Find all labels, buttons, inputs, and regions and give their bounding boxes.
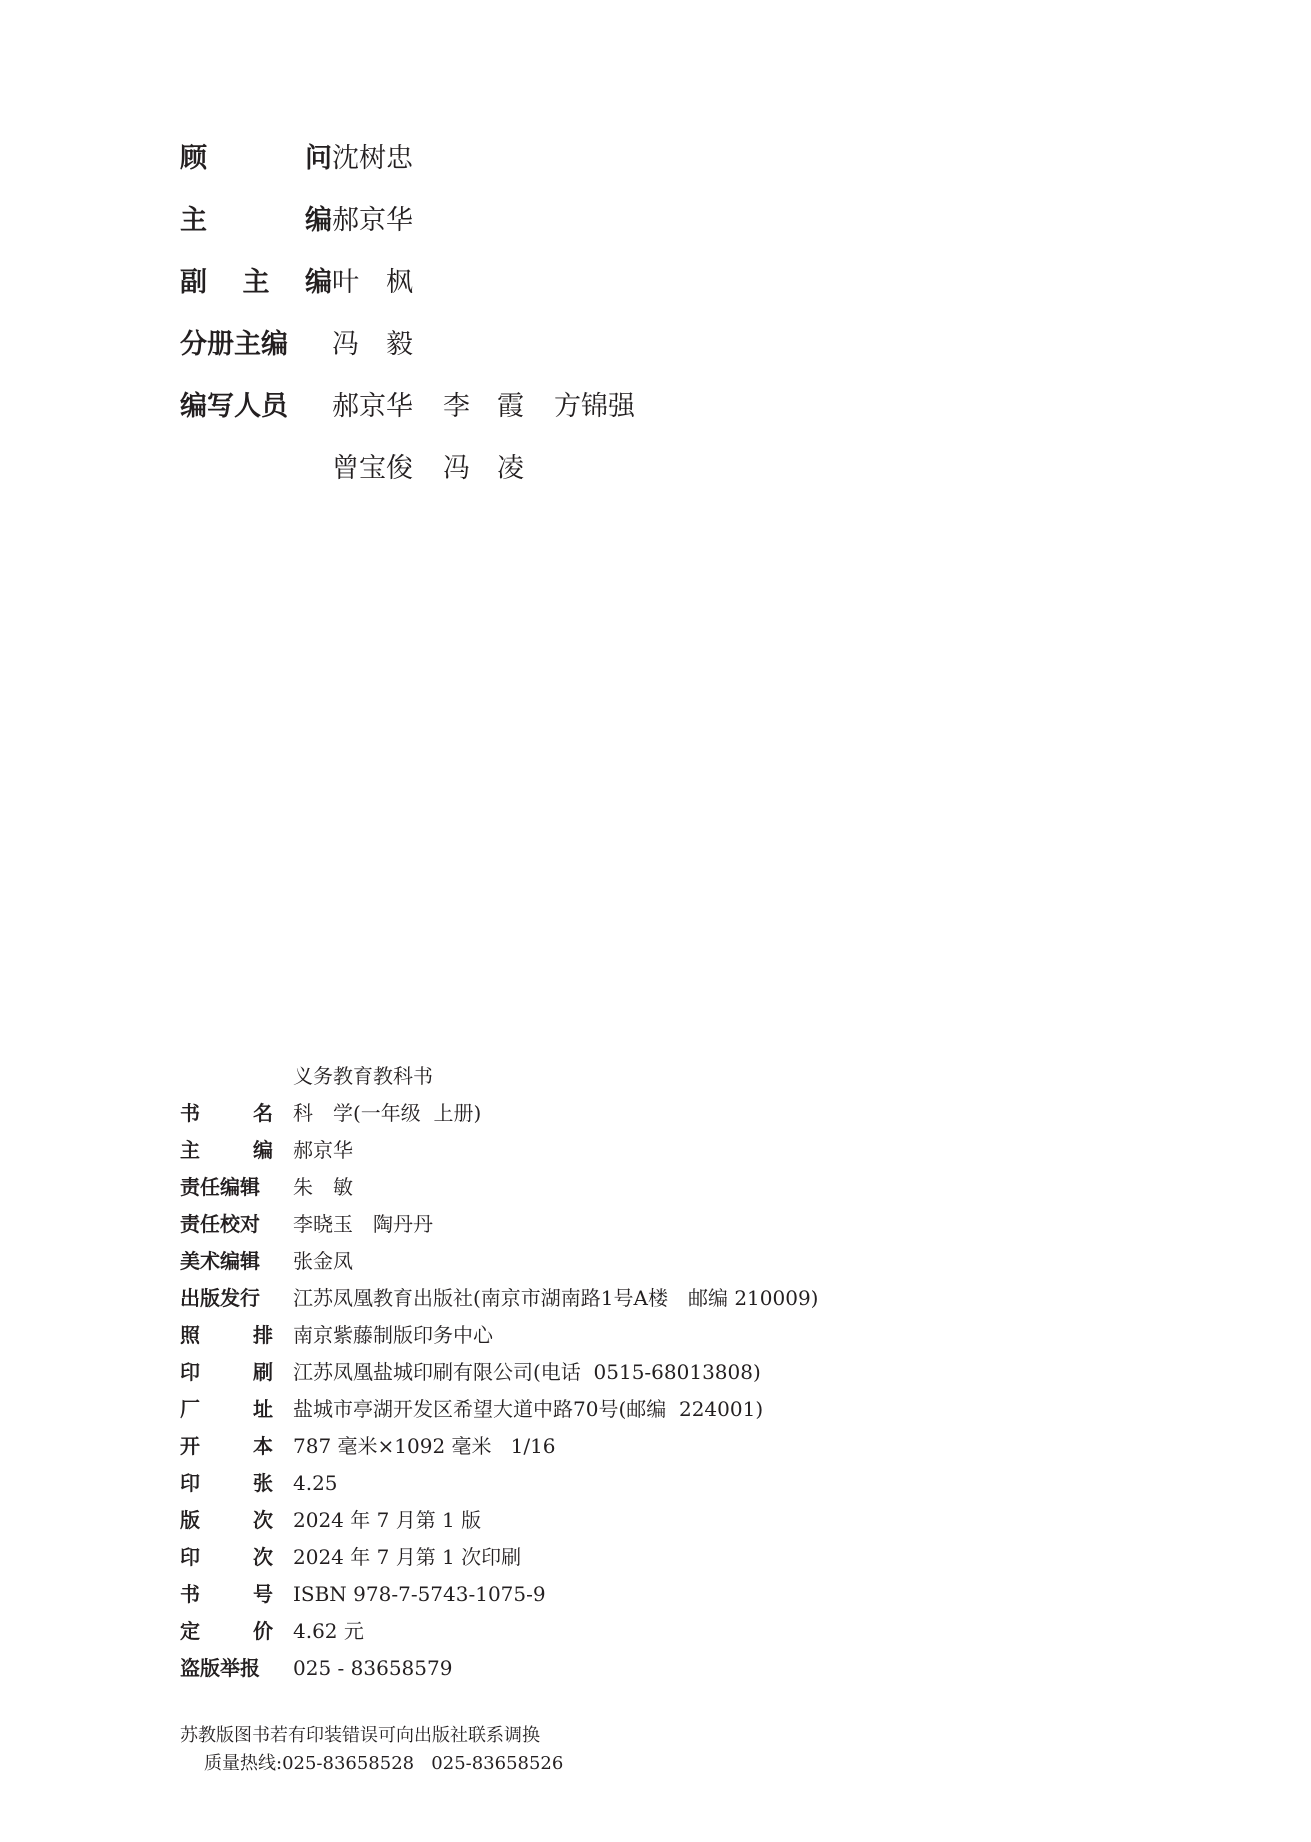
colophon-value: 江苏凤凰教育出版社(南京市湖南路1号A楼 邮编 210009)	[293, 1280, 818, 1317]
colophon-label-text: 责任校对	[180, 1206, 260, 1243]
credit-row: 曾宝俊冯 凌	[180, 434, 635, 496]
credit-label: 分册主编	[180, 322, 332, 361]
credit-row: 编写人员郝京华李 霞方锦强	[180, 372, 635, 434]
colophon-value: 025 - 83658579	[293, 1650, 452, 1687]
quality-notice: 苏教版图书若有印装错误可向出版社联系调换 质量热线:025-83658528 0…	[180, 1722, 563, 1778]
colophon-label-text: 出版发行	[180, 1280, 260, 1317]
colophon-label: 书号	[180, 1576, 273, 1613]
colophon-label: 主编	[180, 1132, 273, 1169]
colophon-row: 责任校对李晓玉 陶丹丹	[180, 1206, 818, 1243]
credit-name: 曾宝俊	[332, 446, 413, 485]
credit-label-text: 编写人员	[180, 384, 288, 423]
colophon-label: 印次	[180, 1539, 273, 1576]
colophon-label: 盗版举报	[180, 1650, 273, 1687]
colophon-row: 印张4.25	[180, 1465, 818, 1502]
credit-label-text: 分册主编	[180, 322, 288, 361]
credit-label-text: 问	[305, 136, 332, 175]
colophon-value: 盐城市亭湖开发区希望大道中路70号(邮编 224001)	[293, 1391, 763, 1428]
credit-name: 方锦强	[554, 384, 635, 423]
colophon-label: 印张	[180, 1465, 273, 1502]
colophon-label: 照排	[180, 1317, 273, 1354]
colophon-value: ISBN 978-7-5743-1075-9	[293, 1576, 546, 1613]
credit-label-text: 顾	[180, 136, 207, 175]
credit-row: 分册主编冯 毅	[180, 310, 635, 372]
series-title: 义务教育教科书	[180, 1058, 818, 1095]
colophon-row: 美术编辑张金凤	[180, 1243, 818, 1280]
colophon-label-text: 刷	[253, 1354, 273, 1391]
colophon-label-text: 印	[180, 1539, 200, 1576]
credit-label-text: 编	[305, 260, 332, 299]
colophon-label-text: 版	[180, 1502, 200, 1539]
colophon-block: 义务教育教科书 书名科 学(一年级 上册)主编郝京华责任编辑朱 敏责任校对李晓玉…	[180, 1058, 818, 1687]
colophon-label: 印刷	[180, 1354, 273, 1391]
credit-values: 郝京华	[332, 198, 413, 237]
colophon-row: 书号ISBN 978-7-5743-1075-9	[180, 1576, 818, 1613]
colophon-label-text: 张	[253, 1465, 273, 1502]
colophon-value: 2024 年 7 月第 1 版	[293, 1502, 481, 1539]
colophon-value: 2024 年 7 月第 1 次印刷	[293, 1539, 521, 1576]
colophon-label-text: 排	[253, 1317, 273, 1354]
colophon-label-text: 美术编辑	[180, 1243, 260, 1280]
colophon-row: 主编郝京华	[180, 1132, 818, 1169]
colophon-label-text: 责任编辑	[180, 1169, 260, 1206]
colophon-value: 郝京华	[293, 1132, 353, 1169]
colophon-label-text: 盗版举报	[180, 1650, 260, 1687]
credit-name: 郝京华	[332, 384, 413, 423]
credit-name: 叶 枫	[332, 260, 413, 299]
colophon-label-text: 厂	[180, 1391, 200, 1428]
credit-row: 副主编叶 枫	[180, 248, 635, 310]
credit-values: 曾宝俊冯 凌	[332, 446, 524, 485]
credit-name: 郝京华	[332, 198, 413, 237]
colophon-value: 南京紫藤制版印务中心	[293, 1317, 493, 1354]
credit-values: 沈树忠	[332, 136, 413, 175]
colophon-label: 责任编辑	[180, 1169, 273, 1206]
credit-label-text: 主	[180, 198, 207, 237]
colophon-row: 责任编辑朱 敏	[180, 1169, 818, 1206]
colophon-value: 张金凤	[293, 1243, 353, 1280]
colophon-row: 定价4.62 元	[180, 1613, 818, 1650]
credit-values: 冯 毅	[332, 322, 413, 361]
colophon-row: 开本787 毫米×1092 毫米 1/16	[180, 1428, 818, 1465]
credit-row: 顾问沈树忠	[180, 124, 635, 186]
credit-label: 主编	[180, 198, 332, 237]
colophon-row: 照排南京紫藤制版印务中心	[180, 1317, 818, 1354]
colophon-label-text: 价	[253, 1613, 273, 1650]
credit-values: 叶 枫	[332, 260, 413, 299]
colophon-label-text: 书	[180, 1095, 200, 1132]
credit-label-text: 编	[305, 198, 332, 237]
notice-line: 苏教版图书若有印装错误可向出版社联系调换	[180, 1722, 563, 1750]
colophon-row: 厂址盐城市亭湖开发区希望大道中路70号(邮编 224001)	[180, 1391, 818, 1428]
colophon-label: 美术编辑	[180, 1243, 273, 1280]
colophon-label-text: 次	[253, 1539, 273, 1576]
credit-label: 编写人员	[180, 384, 332, 423]
colophon-row: 出版发行江苏凤凰教育出版社(南京市湖南路1号A楼 邮编 210009)	[180, 1280, 818, 1317]
colophon-label: 书名	[180, 1095, 273, 1132]
colophon-label: 开本	[180, 1428, 273, 1465]
credit-row: 主编郝京华	[180, 186, 635, 248]
colophon-value: 李晓玉 陶丹丹	[293, 1206, 433, 1243]
colophon-label-text: 次	[253, 1502, 273, 1539]
colophon-row: 书名科 学(一年级 上册)	[180, 1095, 818, 1132]
colophon-label-text: 开	[180, 1428, 200, 1465]
colophon-row: 印刷江苏凤凰盐城印刷有限公司(电话 0515-68013808)	[180, 1354, 818, 1391]
colophon-label-text: 号	[253, 1576, 273, 1613]
colophon-label-text: 名	[253, 1095, 273, 1132]
colophon-label: 定价	[180, 1613, 273, 1650]
credit-values: 郝京华李 霞方锦强	[332, 384, 635, 423]
credit-label-text: 副	[180, 260, 207, 299]
credit-label-text: 主	[243, 260, 270, 299]
colophon-table: 书名科 学(一年级 上册)主编郝京华责任编辑朱 敏责任校对李晓玉 陶丹丹美术编辑…	[180, 1095, 818, 1687]
colophon-value: 4.25	[293, 1465, 338, 1502]
colophon-row: 版次2024 年 7 月第 1 版	[180, 1502, 818, 1539]
colophon-value: 4.62 元	[293, 1613, 364, 1650]
colophon-value: 江苏凤凰盐城印刷有限公司(电话 0515-68013808)	[293, 1354, 761, 1391]
credit-label: 副主编	[180, 260, 332, 299]
colophon-row: 印次2024 年 7 月第 1 次印刷	[180, 1539, 818, 1576]
colophon-label-text: 本	[253, 1428, 273, 1465]
colophon-value: 科 学(一年级 上册)	[293, 1095, 481, 1132]
credit-name: 李 霞	[443, 384, 524, 423]
colophon-label-text: 书	[180, 1576, 200, 1613]
credit-name: 沈树忠	[332, 136, 413, 175]
colophon-value: 朱 敏	[293, 1169, 353, 1206]
colophon-label: 厂址	[180, 1391, 273, 1428]
credits-block: 顾问沈树忠主编郝京华副主编叶 枫分册主编冯 毅编写人员郝京华李 霞方锦强曾宝俊冯…	[180, 124, 635, 496]
colophon-label-text: 照	[180, 1317, 200, 1354]
colophon-label-text: 主	[180, 1132, 200, 1169]
colophon-label: 责任校对	[180, 1206, 273, 1243]
colophon-label-text: 编	[253, 1132, 273, 1169]
credit-name: 冯 凌	[443, 446, 524, 485]
credit-label: 顾问	[180, 136, 332, 175]
colophon-label-text: 定	[180, 1613, 200, 1650]
quality-hotline: 质量热线:025-83658528 025-83658526	[180, 1750, 563, 1778]
colophon-label: 版次	[180, 1502, 273, 1539]
colophon-value: 787 毫米×1092 毫米 1/16	[293, 1428, 556, 1465]
colophon-label: 出版发行	[180, 1280, 273, 1317]
credit-name: 冯 毅	[332, 322, 413, 361]
colophon-label-text: 印	[180, 1465, 200, 1502]
colophon-label-text: 址	[253, 1391, 273, 1428]
colophon-label-text: 印	[180, 1354, 200, 1391]
colophon-row: 盗版举报025 - 83658579	[180, 1650, 818, 1687]
